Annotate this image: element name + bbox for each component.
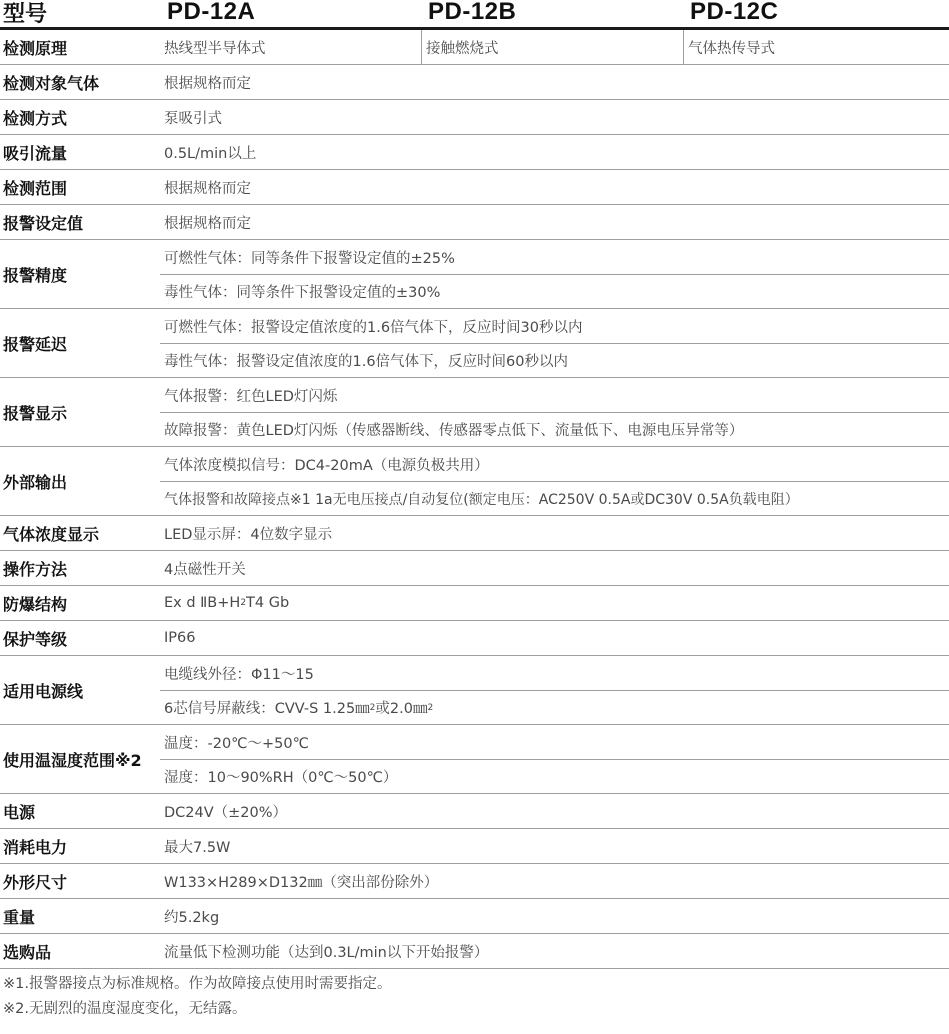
row-label: 重量 bbox=[0, 899, 160, 933]
row-value: 气体报警和故障接点※1 1a无电压接点/自动复位(额定电压：AC250V 0.5… bbox=[160, 481, 949, 515]
row-label: 报警精度 bbox=[0, 240, 160, 308]
row-value: 温度：-20℃～+50℃ bbox=[160, 725, 949, 759]
row-value: 约5.2kg bbox=[160, 899, 949, 933]
row-label: 保护等级 bbox=[0, 621, 160, 655]
footnotes: ※1.报警器接点为标准规格。作为故障接点使用时需要指定。 ※2.无剧烈的温度湿度… bbox=[0, 969, 949, 1022]
row-value: 0.5L/min以上 bbox=[160, 135, 949, 169]
principle-split: 热线型半导体式 接触燃烧式 气体热传导式 bbox=[160, 30, 949, 64]
row-label: 选购品 bbox=[0, 934, 160, 968]
row-label: 外形尺寸 bbox=[0, 864, 160, 898]
row-value: 故障报警：黄色LED灯闪烁（传感器断线、传感器零点低下、流量低下、电源电压异常等… bbox=[160, 412, 949, 446]
table-row: 气体浓度显示 LED显示屏：4位数字显示 bbox=[0, 516, 949, 551]
model-header-label: 型号 bbox=[3, 0, 47, 28]
row-value: LED显示屏：4位数字显示 bbox=[160, 516, 949, 550]
cable-spec-a: 6芯信号屏蔽线：CVV-S 1.25㎜ bbox=[164, 697, 370, 718]
row-label: 消耗电力 bbox=[0, 829, 160, 863]
row-value: 4点磁性开关 bbox=[160, 551, 949, 585]
table-row: 使用温湿度范围※2 温度：-20℃～+50℃ 湿度：10～90%RH（0℃～50… bbox=[0, 725, 949, 794]
superscript: 2 bbox=[427, 703, 433, 713]
row-label: 外部输出 bbox=[0, 447, 160, 515]
row-value: 泵吸引式 bbox=[160, 100, 949, 134]
cable-spec-value: 6芯信号屏蔽线：CVV-S 1.25㎜2或2.0㎜2 bbox=[160, 690, 949, 724]
explosion-proof-value: Ex d ⅡB+H2T4 Gb bbox=[160, 586, 949, 620]
row-label: 使用温湿度范围※2 bbox=[0, 725, 160, 793]
table-row: 电源 DC24V（±20%） bbox=[0, 794, 949, 829]
row-label: 检测范围 bbox=[0, 170, 160, 204]
footnote-1: ※1.报警器接点为标准规格。作为故障接点使用时需要指定。 bbox=[3, 972, 949, 997]
row-label: 检测对象气体 bbox=[0, 65, 160, 99]
row-label: 气体浓度显示 bbox=[0, 516, 160, 550]
table-row: 操作方法 4点磁性开关 bbox=[0, 551, 949, 586]
row-value: W133×H289×D132㎜（突出部份除外） bbox=[160, 864, 949, 898]
table-row: 报警精度 可燃性气体：同等条件下报警设定值的±25% 毒性气体：同等条件下报警设… bbox=[0, 240, 949, 309]
model-pd-12c: PD-12C bbox=[690, 0, 778, 26]
table-row: 检测方式 泵吸引式 bbox=[0, 100, 949, 135]
row-value: 气体浓度模拟信号：DC4-20mA（电源负极共用） bbox=[160, 447, 949, 481]
row-label: 操作方法 bbox=[0, 551, 160, 585]
row-label: 检测原理 bbox=[0, 30, 160, 64]
table-row: 报警延迟 可燃性气体：报警设定值浓度的1.6倍气体下，反应时间30秒以内 毒性气… bbox=[0, 309, 949, 378]
table-row: 检测范围 根据规格而定 bbox=[0, 170, 949, 205]
model-pd-12b: PD-12B bbox=[428, 0, 516, 26]
row-value: 可燃性气体：同等条件下报警设定值的±25% bbox=[160, 240, 949, 274]
table-row: 吸引流量 0.5L/min以上 bbox=[0, 135, 949, 170]
table-row: 保护等级 IP66 bbox=[0, 621, 949, 656]
table-row: 外部输出 气体浓度模拟信号：DC4-20mA（电源负极共用） 气体报警和故障接点… bbox=[0, 447, 949, 516]
row-value: IP66 bbox=[160, 621, 949, 655]
ex-group: ⅡB+H bbox=[200, 595, 240, 611]
row-label: 报警显示 bbox=[0, 378, 160, 446]
row-value: 湿度：10～90%RH（0℃～50℃） bbox=[160, 759, 949, 793]
table-row: 检测对象气体 根据规格而定 bbox=[0, 65, 949, 100]
row-label: 防爆结构 bbox=[0, 586, 160, 620]
principle-pd-12a: 热线型半导体式 bbox=[160, 30, 421, 64]
row-value: 气体报警：红色LED灯闪烁 bbox=[160, 378, 949, 412]
table-row: 报警显示 气体报警：红色LED灯闪烁 故障报警：黄色LED灯闪烁（传感器断线、传… bbox=[0, 378, 949, 447]
principle-pd-12b: 接触燃烧式 bbox=[421, 30, 683, 64]
principle-pd-12c: 气体热传导式 bbox=[683, 30, 949, 64]
row-label: 报警延迟 bbox=[0, 309, 160, 377]
row-value: 毒性气体：报警设定值浓度的1.6倍气体下，反应时间60秒以内 bbox=[160, 343, 949, 377]
ex-suffix: T4 Gb bbox=[246, 595, 289, 611]
cable-spec-b: 或2.0㎜ bbox=[375, 697, 427, 718]
row-label: 检测方式 bbox=[0, 100, 160, 134]
model-pd-12a: PD-12A bbox=[167, 0, 255, 26]
row-label: 电源 bbox=[0, 794, 160, 828]
row-value: 根据规格而定 bbox=[160, 65, 949, 99]
table-row: 重量 约5.2kg bbox=[0, 899, 949, 934]
table-row: 报警设定值 根据规格而定 bbox=[0, 205, 949, 240]
row-value: 最大7.5W bbox=[160, 829, 949, 863]
table-header: 型号 PD-12A PD-12B PD-12C bbox=[0, 0, 949, 30]
row-label: 报警设定值 bbox=[0, 205, 160, 239]
row-value: 电缆线外径：Φ11～15 bbox=[160, 656, 949, 690]
table-row: 防爆结构 Ex d ⅡB+H2T4 Gb bbox=[0, 586, 949, 621]
row-value: DC24V（±20%） bbox=[160, 794, 949, 828]
table-row: 外形尺寸 W133×H289×D132㎜（突出部份除外） bbox=[0, 864, 949, 899]
row-value: 根据规格而定 bbox=[160, 205, 949, 239]
table-row: 消耗电力 最大7.5W bbox=[0, 829, 949, 864]
row-value: 毒性气体：同等条件下报警设定值的±30% bbox=[160, 274, 949, 308]
row-value: 流量低下检测功能（达到0.3L/min以下开始报警） bbox=[160, 934, 949, 968]
table-row: 检测原理 热线型半导体式 接触燃烧式 气体热传导式 bbox=[0, 30, 949, 65]
footnote-2: ※2.无剧烈的温度湿度变化，无结露。 bbox=[3, 997, 949, 1022]
row-value: 可燃性气体：报警设定值浓度的1.6倍气体下，反应时间30秒以内 bbox=[160, 309, 949, 343]
ex-prefix: Ex d bbox=[164, 595, 196, 611]
table-row: 选购品 流量低下检测功能（达到0.3L/min以下开始报警） bbox=[0, 934, 949, 969]
spec-table: 型号 PD-12A PD-12B PD-12C 检测原理 热线型半导体式 接触燃… bbox=[0, 0, 949, 1022]
row-label: 吸引流量 bbox=[0, 135, 160, 169]
table-row: 适用电源线 电缆线外径：Φ11～15 6芯信号屏蔽线：CVV-S 1.25㎜2或… bbox=[0, 656, 949, 725]
row-label: 适用电源线 bbox=[0, 656, 160, 724]
row-value: 根据规格而定 bbox=[160, 170, 949, 204]
